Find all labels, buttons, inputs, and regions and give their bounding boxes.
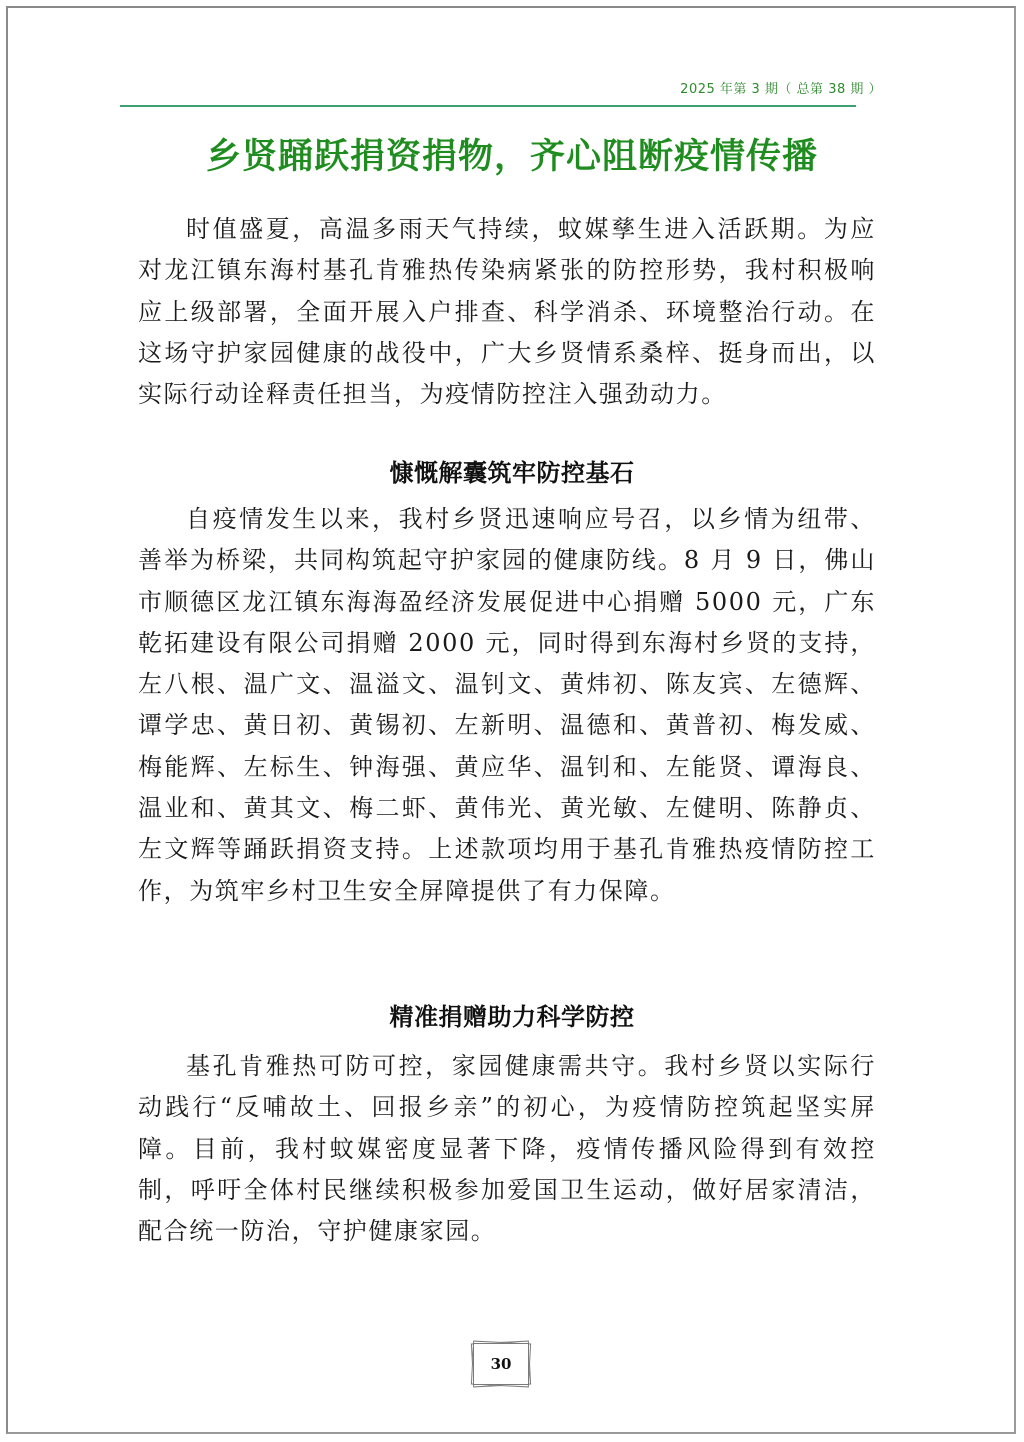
issue-label: 2025 年第 3 期（ 总第 38 期 ）: [600, 78, 882, 97]
intro-paragraph: 时值盛夏，高温多雨天气持续，蚊媒孳生进入活跃期。为应对龙江镇东海村基孔肯雅热传染…: [138, 209, 876, 415]
page-number-badge: 30: [470, 1340, 532, 1388]
page-number: 30: [473, 1343, 529, 1385]
section-heading-1: 慷慨解囊筑牢防控基石: [0, 453, 1024, 493]
section-heading-2: 精准捐赠助力科学防控: [0, 997, 1024, 1037]
section-2-paragraph: 基孔肯雅热可防可控，家园健康需共守。我村乡贤以实际行动践行“反哺故土、回报乡亲”…: [138, 1046, 876, 1252]
intro-block: 时值盛夏，高温多雨天气持续，蚊媒孳生进入活跃期。为应对龙江镇东海村基孔肯雅热传染…: [138, 209, 876, 415]
section-1-paragraph: 自疫情发生以来，我村乡贤迅速响应号召，以乡情为纽带、善举为桥梁，共同构筑起守护家…: [138, 499, 876, 912]
article-title: 乡贤踊跃捐资捐物，齐心阻断疫情传播: [0, 132, 1024, 182]
section-2-block: 基孔肯雅热可防可控，家园健康需共守。我村乡贤以实际行动践行“反哺故土、回报乡亲”…: [138, 1046, 876, 1252]
section-1-block: 自疫情发生以来，我村乡贤迅速响应号召，以乡情为纽带、善举为桥梁，共同构筑起守护家…: [138, 499, 876, 912]
header-divider: [120, 105, 856, 107]
